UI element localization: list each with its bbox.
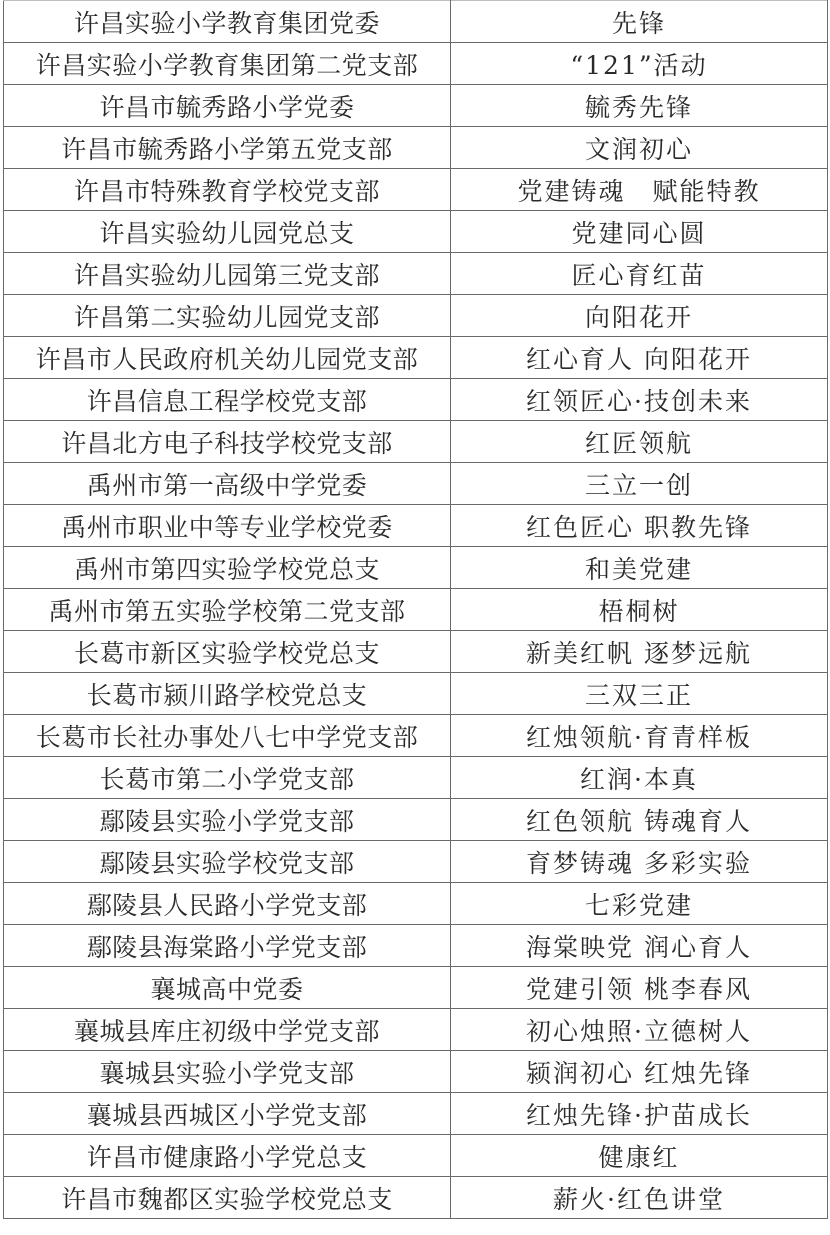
table-row: 许昌市健康路小学党总支健康红 — [4, 1135, 828, 1177]
brand-name-cell: 党建铸魂 赋能特教 — [451, 169, 828, 211]
org-name-cell: 禹州市第一高级中学党委 — [4, 463, 451, 505]
brand-name-cell: 颍润初心 红烛先锋 — [451, 1051, 828, 1093]
brand-name-cell: 红烛先锋·护苗成长 — [451, 1093, 828, 1135]
org-name-cell: 许昌第二实验幼儿园党支部 — [4, 295, 451, 337]
table-row: 许昌实验幼儿园第三党支部匠心育红苗 — [4, 253, 828, 295]
org-name-cell: 长葛市颍川路学校党总支 — [4, 673, 451, 715]
org-name-cell: 许昌北方电子科技学校党支部 — [4, 421, 451, 463]
table-row: 许昌实验小学教育集团第二党支部“121”活动 — [4, 43, 828, 85]
org-name-cell: 襄城高中党委 — [4, 967, 451, 1009]
org-name-cell: 襄城县库庄初级中学党支部 — [4, 1009, 451, 1051]
brand-name-cell: 薪火·红色讲堂 — [451, 1177, 828, 1219]
table-row: 许昌第二实验幼儿园党支部向阳花开 — [4, 295, 828, 337]
brand-name-cell: 红心育人 向阳花开 — [451, 337, 828, 379]
brand-name-cell: 向阳花开 — [451, 295, 828, 337]
table-row: 长葛市第二小学党支部红润·本真 — [4, 757, 828, 799]
table-row: 鄢陵县海棠路小学党支部海棠映党 润心育人 — [4, 925, 828, 967]
table-row: 禹州市第五实验学校第二党支部梧桐树 — [4, 589, 828, 631]
table-row: 禹州市第四实验学校党总支和美党建 — [4, 547, 828, 589]
org-name-cell: 禹州市职业中等专业学校党委 — [4, 505, 451, 547]
table-row: 襄城高中党委党建引领 桃李春风 — [4, 967, 828, 1009]
brand-name-cell: 梧桐树 — [451, 589, 828, 631]
table-row: 许昌北方电子科技学校党支部红匠领航 — [4, 421, 828, 463]
brand-name-cell: 先锋 — [451, 1, 828, 43]
org-name-cell: 鄢陵县实验小学党支部 — [4, 799, 451, 841]
table-row: 禹州市第一高级中学党委三立一创 — [4, 463, 828, 505]
table-row: 鄢陵县实验小学党支部红色领航 铸魂育人 — [4, 799, 828, 841]
table-row: 许昌实验小学教育集团党委先锋 — [4, 1, 828, 43]
brand-name-cell: 初心烛照·立德树人 — [451, 1009, 828, 1051]
org-name-cell: 禹州市第五实验学校第二党支部 — [4, 589, 451, 631]
org-name-cell: 许昌市特殊教育学校党支部 — [4, 169, 451, 211]
brand-name-cell: 红领匠心·技创未来 — [451, 379, 828, 421]
brand-name-cell: 和美党建 — [451, 547, 828, 589]
brand-name-cell: 匠心育红苗 — [451, 253, 828, 295]
org-name-cell: 许昌信息工程学校党支部 — [4, 379, 451, 421]
table-row: 长葛市颍川路学校党总支三双三正 — [4, 673, 828, 715]
table-body: 许昌实验小学教育集团党委先锋 许昌实验小学教育集团第二党支部“121”活动 许昌… — [4, 1, 828, 1219]
org-name-cell: 许昌实验幼儿园党总支 — [4, 211, 451, 253]
table-row: 襄城县西城区小学党支部红烛先锋·护苗成长 — [4, 1093, 828, 1135]
org-name-cell: 长葛市第二小学党支部 — [4, 757, 451, 799]
table-row: 许昌信息工程学校党支部红领匠心·技创未来 — [4, 379, 828, 421]
org-name-cell: 许昌市健康路小学党总支 — [4, 1135, 451, 1177]
brand-name-cell: 文润初心 — [451, 127, 828, 169]
table-row: 许昌市特殊教育学校党支部党建铸魂 赋能特教 — [4, 169, 828, 211]
table-row: 许昌市魏都区实验学校党总支薪火·红色讲堂 — [4, 1177, 828, 1219]
org-name-cell: 襄城县西城区小学党支部 — [4, 1093, 451, 1135]
org-name-cell: 鄢陵县海棠路小学党支部 — [4, 925, 451, 967]
brand-name-cell: 毓秀先锋 — [451, 85, 828, 127]
brand-name-cell: 三双三正 — [451, 673, 828, 715]
brand-name-cell: 育梦铸魂 多彩实验 — [451, 841, 828, 883]
brand-name-cell: 红烛领航·育青样板 — [451, 715, 828, 757]
brand-name-cell: 党建引领 桃李春风 — [451, 967, 828, 1009]
table-row: 许昌实验幼儿园党总支党建同心圆 — [4, 211, 828, 253]
table-row: 鄢陵县实验学校党支部育梦铸魂 多彩实验 — [4, 841, 828, 883]
org-name-cell: 长葛市新区实验学校党总支 — [4, 631, 451, 673]
table-row: 长葛市长社办事处八七中学党支部红烛领航·育青样板 — [4, 715, 828, 757]
table-row: 许昌市人民政府机关幼儿园党支部红心育人 向阳花开 — [4, 337, 828, 379]
table-row: 襄城县库庄初级中学党支部初心烛照·立德树人 — [4, 1009, 828, 1051]
brand-name-cell: 红色领航 铸魂育人 — [451, 799, 828, 841]
org-name-cell: 许昌市人民政府机关幼儿园党支部 — [4, 337, 451, 379]
brand-name-cell: 健康红 — [451, 1135, 828, 1177]
org-name-cell: 许昌市毓秀路小学第五党支部 — [4, 127, 451, 169]
brand-name-cell: 新美红帆 逐梦远航 — [451, 631, 828, 673]
org-name-cell: 襄城县实验小学党支部 — [4, 1051, 451, 1093]
brand-name-cell: 红润·本真 — [451, 757, 828, 799]
table-row: 许昌市毓秀路小学党委毓秀先锋 — [4, 85, 828, 127]
brand-name-cell: 红匠领航 — [451, 421, 828, 463]
org-name-cell: 许昌实验幼儿园第三党支部 — [4, 253, 451, 295]
org-name-cell: 许昌市魏都区实验学校党总支 — [4, 1177, 451, 1219]
table-row: 鄢陵县人民路小学党支部七彩党建 — [4, 883, 828, 925]
org-name-cell: 许昌市毓秀路小学党委 — [4, 85, 451, 127]
org-name-cell: 许昌实验小学教育集团第二党支部 — [4, 43, 451, 85]
org-name-cell: 鄢陵县实验学校党支部 — [4, 841, 451, 883]
table-row: 许昌市毓秀路小学第五党支部文润初心 — [4, 127, 828, 169]
org-name-cell: 禹州市第四实验学校党总支 — [4, 547, 451, 589]
party-brand-table-container: 许昌实验小学教育集团党委先锋 许昌实验小学教育集团第二党支部“121”活动 许昌… — [3, 0, 827, 1219]
table-row: 长葛市新区实验学校党总支新美红帆 逐梦远航 — [4, 631, 828, 673]
table-row: 禹州市职业中等专业学校党委红色匠心 职教先锋 — [4, 505, 828, 547]
org-name-cell: 许昌实验小学教育集团党委 — [4, 1, 451, 43]
brand-name-cell: 海棠映党 润心育人 — [451, 925, 828, 967]
table-row: 襄城县实验小学党支部颍润初心 红烛先锋 — [4, 1051, 828, 1093]
brand-name-cell: 七彩党建 — [451, 883, 828, 925]
brand-name-cell: 三立一创 — [451, 463, 828, 505]
party-brand-table: 许昌实验小学教育集团党委先锋 许昌实验小学教育集团第二党支部“121”活动 许昌… — [3, 0, 828, 1219]
org-name-cell: 鄢陵县人民路小学党支部 — [4, 883, 451, 925]
org-name-cell: 长葛市长社办事处八七中学党支部 — [4, 715, 451, 757]
brand-name-cell: 党建同心圆 — [451, 211, 828, 253]
brand-name-cell: 红色匠心 职教先锋 — [451, 505, 828, 547]
brand-name-cell: “121”活动 — [451, 43, 828, 85]
